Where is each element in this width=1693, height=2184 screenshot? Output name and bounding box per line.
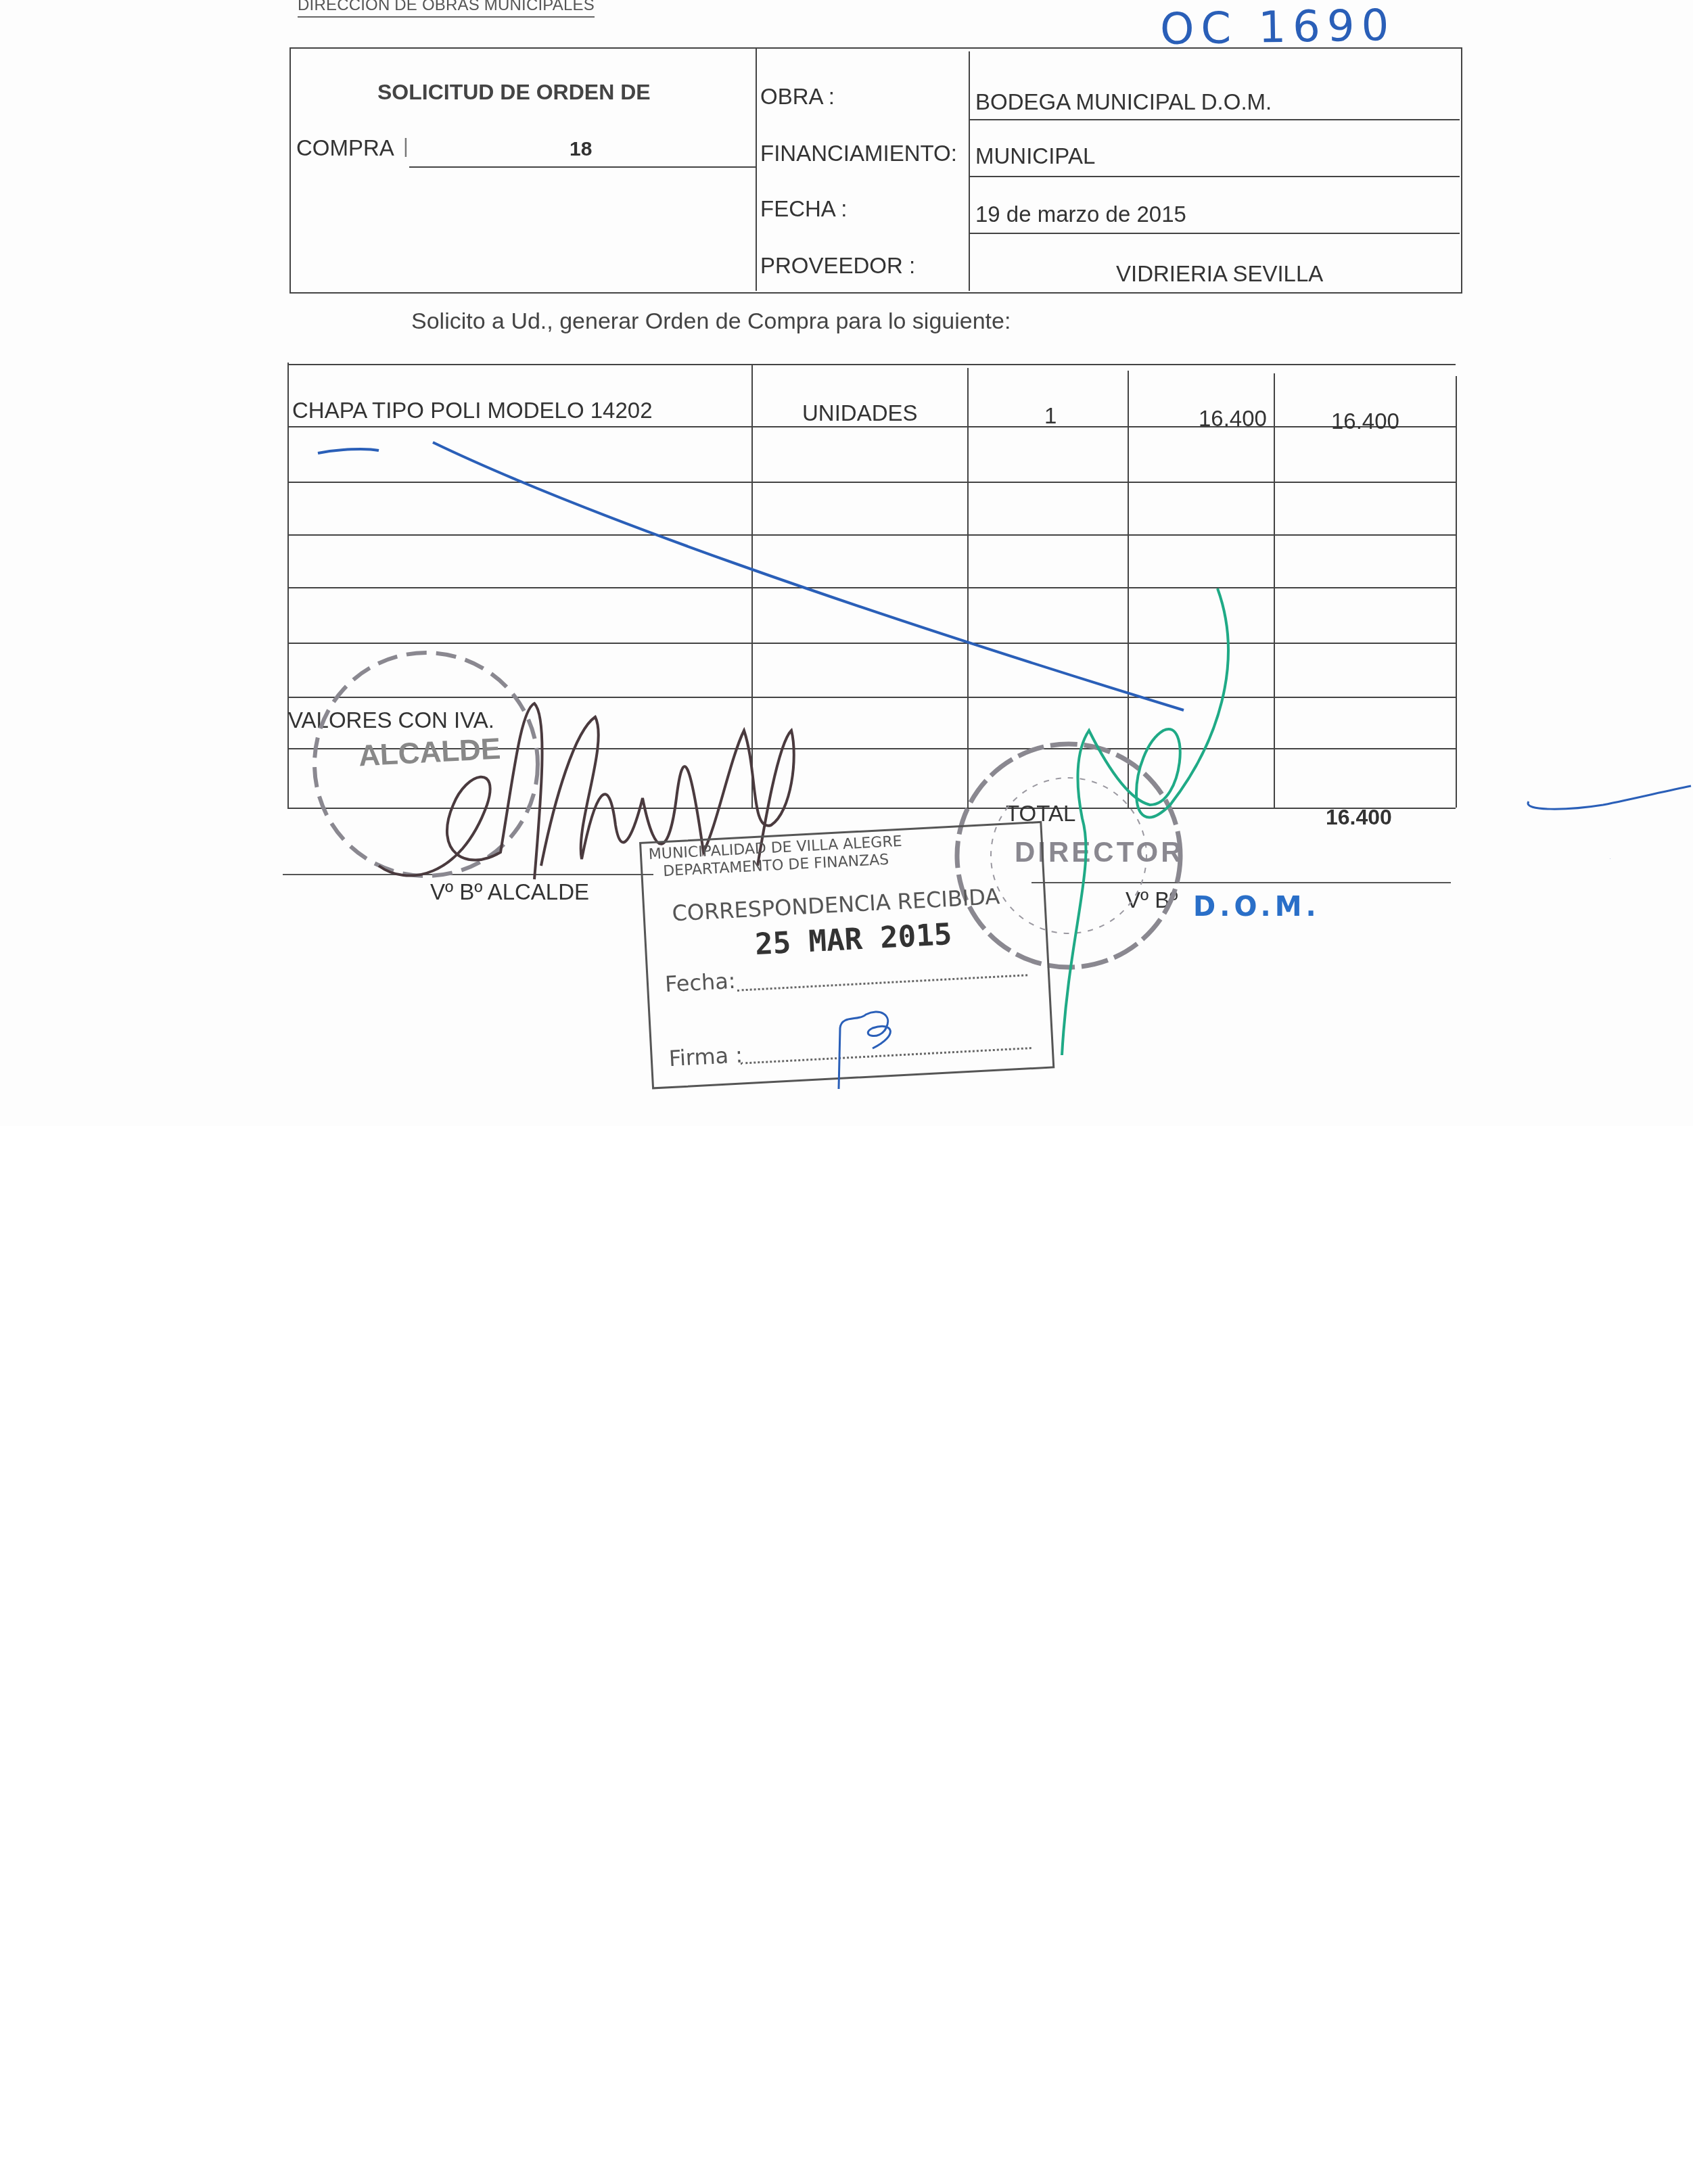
received-date-stamp: 25 MAR 2015	[754, 917, 953, 962]
dom-approval-label: Vº Bº	[1126, 887, 1178, 913]
field-value-financiamiento: MUNICIPAL	[975, 143, 1095, 169]
received-signature-label: Firma :	[668, 1042, 743, 1071]
department-header: DIRECCION DE OBRAS MUNICIPALES	[298, 0, 595, 18]
item-quantity: 1	[1044, 403, 1057, 429]
field-value-fecha: 19 de marzo de 2015	[975, 202, 1186, 227]
received-stamp: MUNICIPALIDAD DE VILLA ALEGRE DEPARTAMEN…	[639, 821, 1054, 1090]
total-value: 16.400	[1326, 805, 1392, 830]
item-unit-price: 16.400	[1199, 406, 1267, 432]
field-label-proveedor: PROVEEDOR :	[760, 253, 915, 279]
request-text: Solicito a Ud., generar Orden de Compra …	[411, 308, 1011, 335]
field-value-proveedor: VIDRIERIA SEVILLA	[1116, 261, 1323, 287]
item-description: CHAPA TIPO POLI MODELO 14202	[292, 398, 653, 423]
received-stamp-line3: CORRESPONDENCIA RECIBIDA	[672, 883, 1001, 926]
request-number: 18	[570, 138, 592, 161]
mayor-approval-label: Vº Bº ALCALDE	[430, 879, 589, 905]
dom-handwritten: D.O.M.	[1193, 891, 1320, 923]
field-value-obra: BODEGA MUNICIPAL D.O.M.	[975, 89, 1272, 115]
item-subtotal: 16.400	[1331, 409, 1399, 434]
form-title-compra: COMPRA	[296, 135, 394, 161]
compra-separator: |	[403, 135, 409, 158]
form-title: SOLICITUD DE ORDEN DE	[377, 80, 651, 105]
received-signature-dots	[741, 1047, 1031, 1065]
field-label-obra: OBRA :	[760, 84, 835, 110]
dom-signature-line	[1031, 882, 1451, 883]
mayor-signature-line	[283, 874, 653, 875]
field-label-fecha: FECHA :	[760, 196, 847, 222]
received-date-dots	[737, 974, 1028, 992]
vat-label: VALORES CON IVA.	[288, 707, 494, 733]
field-label-financiamiento: FINANCIAMIENTO:	[760, 141, 957, 166]
item-unit: UNIDADES	[802, 400, 918, 426]
received-date-label: Fecha:	[664, 968, 736, 997]
